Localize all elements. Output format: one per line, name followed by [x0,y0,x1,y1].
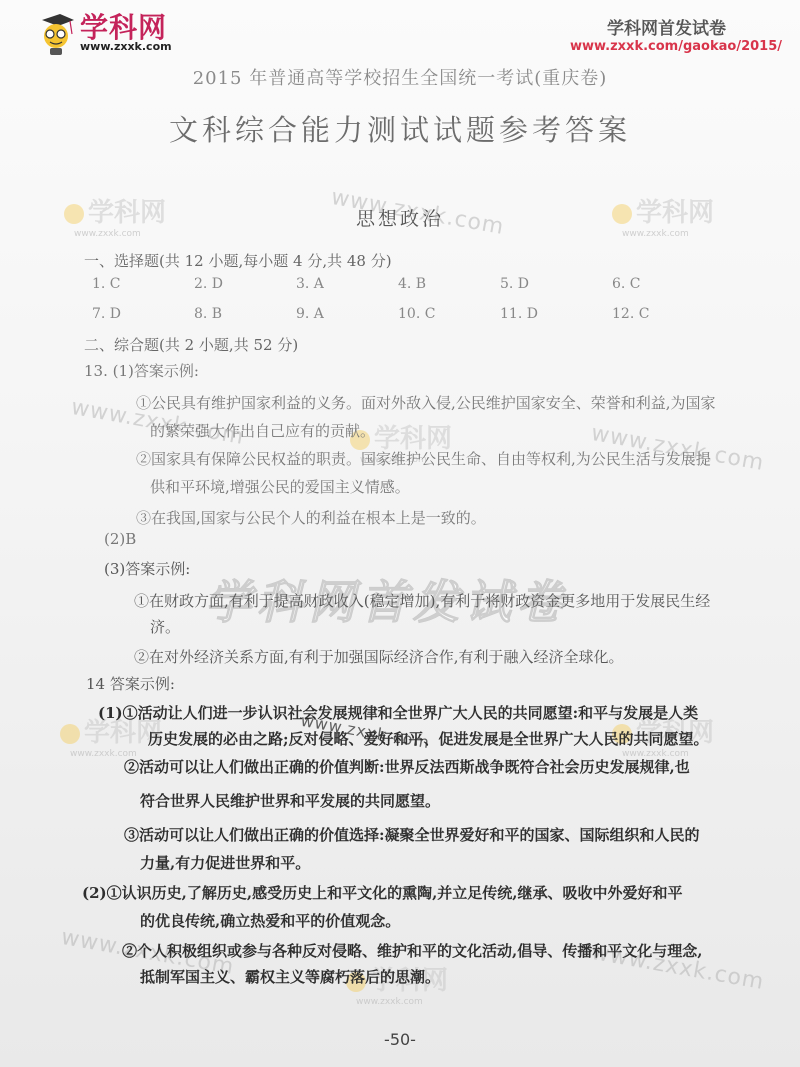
answer-cell: 1. C [92,276,194,306]
answer-cell: 12. C [612,306,714,336]
q13-p1-item: 的繁荣强大作出自己应有的贡献。 [150,420,375,441]
q13-p3-item: ②在对外经济关系方面,有利于加强国际经济合作,有利于融入经济全球化。 [134,646,624,667]
q14-p2-line: (2)①认识历史,了解历史,感受历史上和平文化的熏陶,并立足传统,继承、吸收中外… [82,882,683,903]
section1-heading: 一、选择题(共 12 小题,每小题 4 分,共 48 分) [84,250,392,271]
document-title: 文科综合能力测试试题参考答案 [0,108,800,149]
q14-p1-line: 符合世界人民维护世界和平发展的共同愿望。 [140,790,440,811]
q14-p2-line: ②个人积极组织或参与各种反对侵略、维护和平的文化活动,倡导、传播和平文化与理念, [122,940,702,961]
watermark-logo-url: www.zxxk.com [356,997,448,1007]
q13-p1-item: ③在我国,国家与公民个人的利益在根本上是一致的。 [136,507,486,528]
site-logo[interactable]: 学科网 www.zxxk.com [34,6,234,58]
mascot-icon [38,12,76,56]
exam-title: 2015 年普通高等学校招生全国统一考试(重庆卷) [0,64,800,90]
promo-banner: 学科网首发试卷 www.zxxk.com/gaokao/2015/ [570,14,782,54]
answer-cell: 9. A [296,306,398,336]
answer-cell: 8. B [194,306,296,336]
q14-p1-line: ③活动可以让人们做出正确的价值选择:凝聚全世界爱好和平的国家、国际组织和人民的 [124,824,700,845]
answer-grid: 1. C 2. D 3. A 4. B 5. D 6. C 7. D 8. B … [92,276,732,336]
q13-part3-label: (3)答案示例: [104,558,190,579]
q13-p1-item: 供和平环境,增强公民的爱国主义情感。 [150,476,410,497]
q13-part1-label: 13. (1)答案示例: [84,360,199,381]
answer-cell: 10. C [398,306,500,336]
q14-p2-line: 的优良传统,确立热爱和平的价值观念。 [140,910,400,931]
q13-p3-item: ①在财政方面,有利于提高财政收入(稳定增加),有利于将财政资金更多地用于发展民生… [134,590,710,611]
answer-row: 7. D 8. B 9. A 10. C 11. D 12. C [92,306,732,336]
q14-p1-line: 力量,有力促进世界和平。 [140,852,310,873]
mascot-icon [60,724,80,744]
promo-url[interactable]: www.zxxk.com/gaokao/2015/ [570,39,782,54]
answer-cell: 6. C [612,276,714,306]
q13-p3-item: 济。 [150,616,180,637]
q13-p1-item: ①公民具有维护国家利益的义务。面对外敌入侵,公民维护国家安全、荣誉和利益,为国家 [136,392,716,413]
q14-p1-line: (1)①活动让人们进一步认识社会发展规律和全世界广大人民的共同愿望:和平与发展是… [98,702,698,723]
answer-cell: 5. D [500,276,602,306]
q13-p1-item: ②国家具有保障公民权益的职责。国家维护公民生命、自由等权利,为公民生活与发展提 [136,448,711,469]
answer-cell: 7. D [92,306,194,336]
logo-url[interactable]: www.zxxk.com [80,40,172,53]
answer-cell: 3. A [296,276,398,306]
subject-heading: 思想政治 [0,204,800,231]
q14-label: 14 答案示例: [86,673,175,694]
answer-cell: 2. D [194,276,296,306]
answer-row: 1. C 2. D 3. A 4. B 5. D 6. C [92,276,732,306]
q14-p1-line: ②活动可以让人们做出正确的价值判断:世界反法西斯战争既符合社会历史发展规律,也 [124,756,690,777]
q14-p2-line: 抵制军国主义、霸权主义等腐朽落后的思潮。 [140,966,440,987]
answer-cell: 11. D [500,306,602,336]
answer-cell: 4. B [398,276,500,306]
page-number: -50- [0,1030,800,1049]
q13-part2-answer: (2)B [104,530,136,548]
section2-heading: 二、综合题(共 2 小题,共 52 分) [84,334,298,355]
q14-p1-line: 历史发展的必由之路;反对侵略、爱好和平、促进发展是全世界广大人民的共同愿望。 [148,728,709,749]
promo-title: 学科网首发试卷 [570,14,726,39]
